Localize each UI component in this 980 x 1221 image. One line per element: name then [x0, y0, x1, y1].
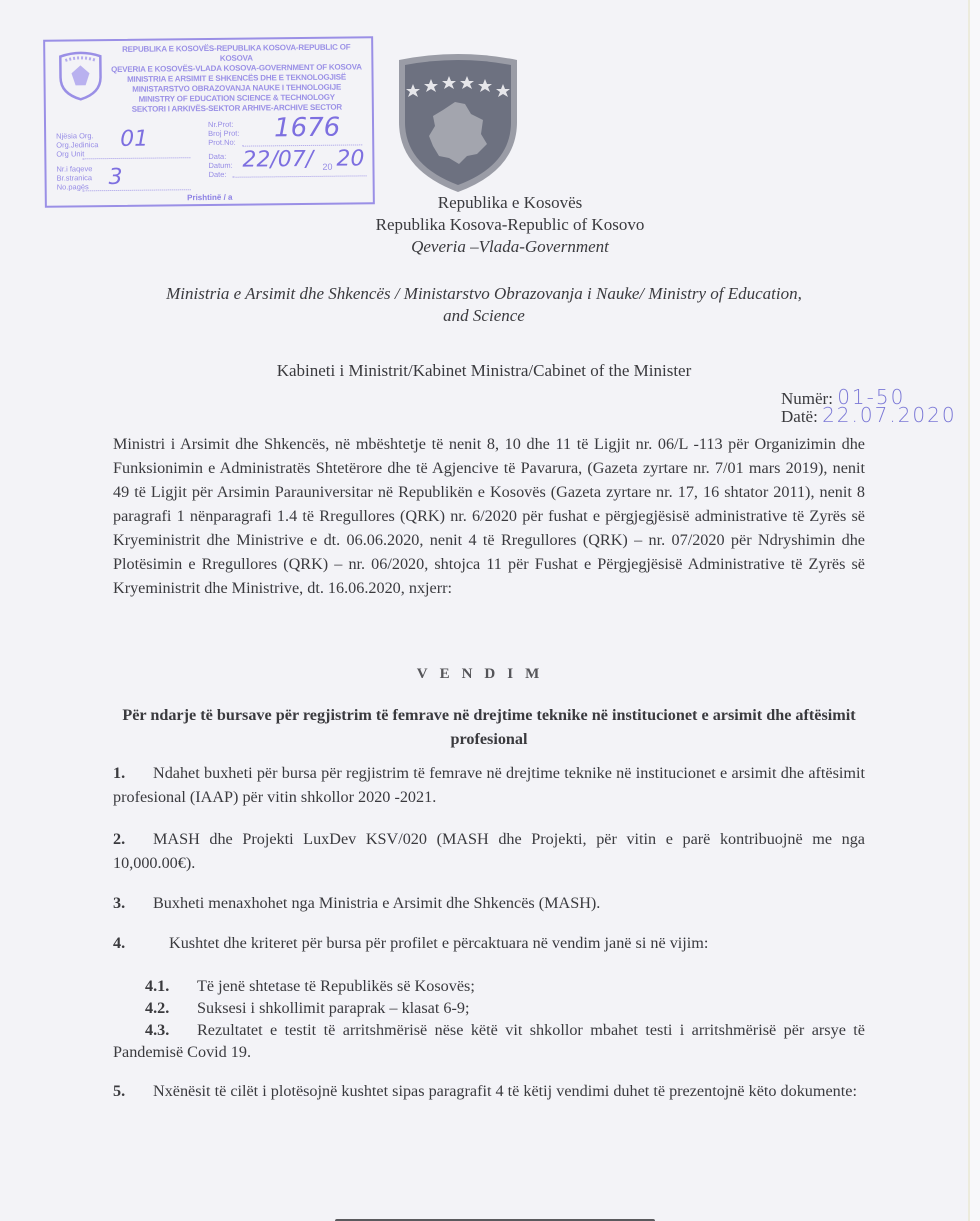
stamp-org-value: 01	[120, 127, 148, 152]
decision-item: 1.Ndahet buxheti për bursa për regjistri…	[113, 761, 865, 809]
stamp-date-value: 22/07/	[242, 147, 313, 173]
reference-block: Numër: 01-50 Datë: 22.07.2020	[781, 387, 957, 427]
decision-subitem: 4.3.Rezultatet e testit të arritshmërisë…	[113, 1019, 865, 1063]
decision-item: 3.Buxheti menaxhohet nga Ministria e Ars…	[113, 891, 865, 915]
decision-item: 2.MASH dhe Projekti LuxDev KSV/020 (MASH…	[113, 827, 865, 875]
reference-date: Datë: 22.07.2020	[781, 405, 957, 427]
decision-item: 5.Nxënësit të cilët i plotësojnë kushtet…	[113, 1079, 865, 1103]
decision-title: Për ndarje të bursave për regjistrim të …	[113, 703, 865, 751]
stamp-emblem-icon	[57, 51, 104, 101]
decision-subitem: 4.2.Suksesi i shkollimit paraprak – klas…	[145, 997, 469, 1019]
decision-heading: VENDIM	[0, 666, 968, 683]
kosovo-coat-of-arms-icon	[393, 52, 523, 194]
cabinet-heading: Kabineti i Ministrit/Kabinet Ministra/Ca…	[0, 360, 968, 382]
legal-basis-paragraph: Ministri i Arsimit dhe Shkencës, në mbës…	[113, 432, 865, 600]
decision-item: 4.Kushtet dhe kriteret për bursa për pro…	[113, 931, 865, 955]
republic-name-multi: Republika Kosova-Republic of Kosovo	[170, 214, 850, 236]
decision-subitem: 4.1.Të jenë shtetase të Republikës së Ko…	[145, 975, 475, 997]
document-page: REPUBLIKA E KOSOVËS-REPUBLIKA KOSOVA-REP…	[0, 0, 970, 1221]
stamp-pages-value: 3	[108, 165, 122, 190]
page-edge	[970, 0, 980, 1221]
stamp-org-labels: Njësia Org. Org.Jedinica Org Unit	[56, 131, 98, 158]
stamp-header: REPUBLIKA E KOSOVËS-REPUBLIKA KOSOVA-REP…	[105, 42, 368, 115]
stamp-prot-labels: Nr.Prot: Broj Prot: Prot.No:	[208, 120, 240, 147]
stamp-date-labels: Data: Datum: Date:	[208, 152, 232, 179]
republic-heading: Republika e Kosovës Republika Kosova-Rep…	[170, 192, 850, 258]
stamp-prot-value: 1676	[274, 113, 340, 144]
stamp-pages-labels: Nr.i faqeve Br.stranica No.pagës	[56, 164, 92, 191]
ministry-heading: Ministria e Arsimit dhe Shkencës / Minis…	[0, 283, 968, 327]
republic-name-al: Republika e Kosovës	[170, 192, 850, 214]
archive-stamp: REPUBLIKA E KOSOVËS-REPUBLIKA KOSOVA-REP…	[43, 36, 375, 207]
government-label: Qeveria –Vlada-Government	[170, 236, 850, 258]
